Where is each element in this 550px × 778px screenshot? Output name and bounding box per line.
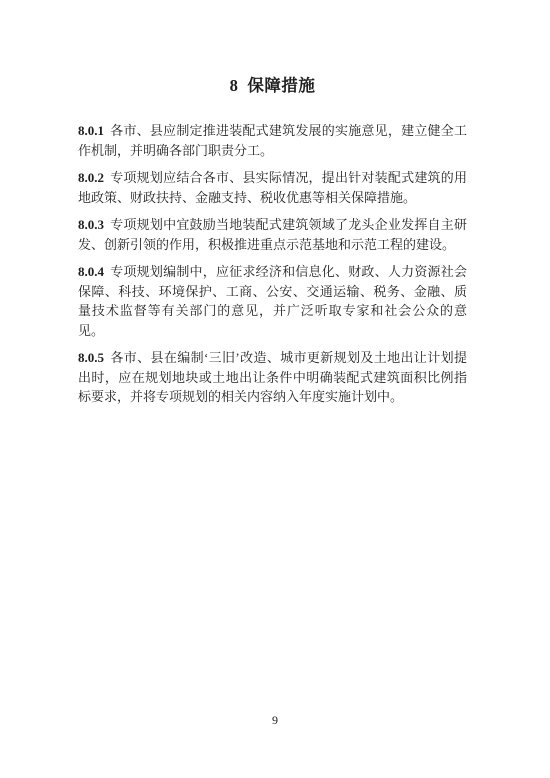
clause-paragraph: 8.0.5各市、县在编制‘三旧’改造、城市更新规划及土地出让计划提出时，应在规划… — [78, 348, 467, 407]
clause-text: 专项规划中宜鼓励当地装配式建筑领域了龙头企业发挥自主研发、创新引领的作用，积极推… — [78, 217, 467, 252]
page-number: 9 — [0, 713, 550, 727]
clause-number: 8.0.2 — [78, 170, 104, 185]
clause-paragraph: 8.0.1各市、县应制定推进装配式建筑发展的实施意见，建立健全工作机制，并明确各… — [78, 121, 467, 160]
clause-list: 8.0.1各市、县应制定推进装配式建筑发展的实施意见，建立健全工作机制，并明确各… — [78, 121, 467, 407]
clause-paragraph: 8.0.4专项规划编制中，应征求经济和信息化、财政、人力资源社会保障、科技、环境… — [78, 262, 467, 340]
clause-number: 8.0.1 — [78, 123, 104, 138]
chapter-number: 8 — [230, 76, 239, 95]
clause-number: 8.0.3 — [78, 217, 104, 232]
clause-text: 专项规划应结合各市、县实际情况，提出针对装配式建筑的用地政策、财政扶持、金融支持… — [78, 170, 467, 205]
clause-text: 各市、县在编制‘三旧’改造、城市更新规划及土地出让计划提出时，应在规划地块或土地… — [78, 350, 467, 404]
chapter-heading: 8保障措施 — [78, 76, 467, 96]
clause-text: 专项规划编制中，应征求经济和信息化、财政、人力资源社会保障、科技、环境保护、工商… — [78, 264, 467, 338]
page-content: 8保障措施 8.0.1各市、县应制定推进装配式建筑发展的实施意见，建立健全工作机… — [78, 76, 467, 415]
clause-number: 8.0.4 — [78, 264, 104, 279]
clause-text: 各市、县应制定推进装配式建筑发展的实施意见，建立健全工作机制，并明确各部门职责分… — [78, 123, 467, 158]
clause-paragraph: 8.0.2专项规划应结合各市、县实际情况，提出针对装配式建筑的用地政策、财政扶持… — [78, 168, 467, 207]
clause-paragraph: 8.0.3专项规划中宜鼓励当地装配式建筑领域了龙头企业发挥自主研发、创新引领的作… — [78, 215, 467, 254]
clause-number: 8.0.5 — [78, 350, 104, 365]
document-page: 8保障措施 8.0.1各市、县应制定推进装配式建筑发展的实施意见，建立健全工作机… — [0, 0, 550, 778]
chapter-title: 保障措施 — [247, 76, 315, 95]
